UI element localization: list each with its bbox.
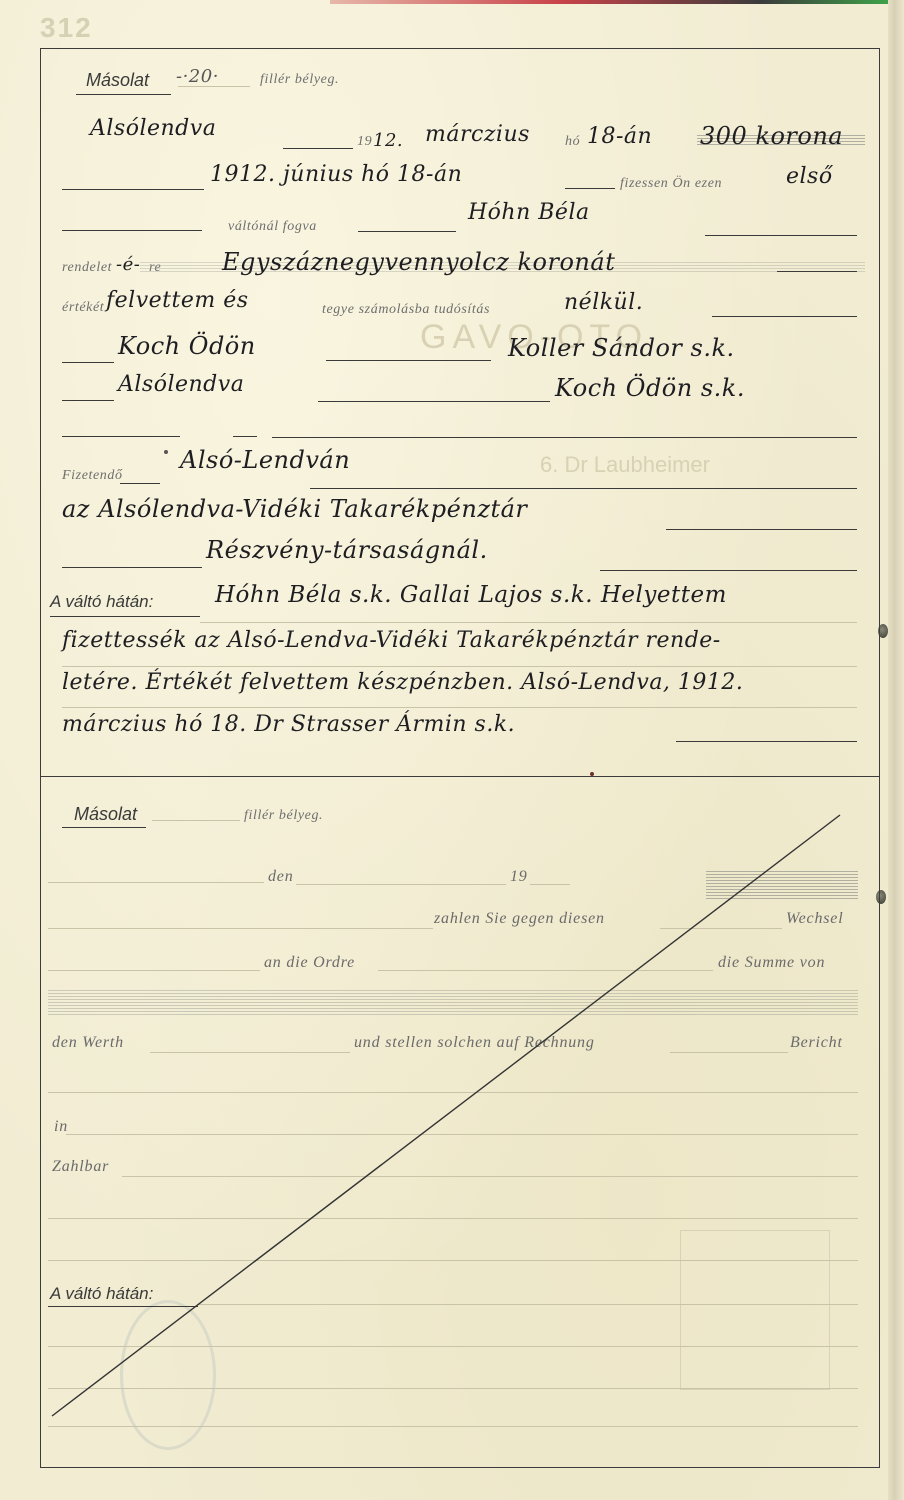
fill-line (600, 570, 857, 571)
ruled-line (378, 970, 713, 971)
fill-line (120, 483, 160, 484)
masolat-label: Másolat (86, 70, 149, 91)
masolat-label-2: Másolat (74, 804, 137, 825)
endorsement-line-3: letére. Értékét felvettem készpénzben. A… (62, 670, 743, 695)
fill-line (272, 437, 857, 438)
signature-koch: Koch Ödön s.k. (555, 374, 745, 402)
fizessen-label: fizessen Ön ezen (620, 176, 722, 192)
stamp-value-line-2 (152, 820, 240, 821)
fill-line (62, 230, 202, 231)
zahlbar-label: Zahlbar (52, 1158, 109, 1176)
fill-line (283, 148, 353, 149)
ruled-line (48, 1260, 858, 1261)
signature-koller: Koller Sándor s.k. (508, 334, 735, 362)
wechsel-label: Wechsel (786, 910, 843, 928)
ruled-line (670, 1052, 788, 1053)
ordre-label: an die Ordre (264, 954, 355, 972)
ruled-line (48, 1388, 858, 1389)
tudositas-field: nélkül. (564, 290, 643, 315)
zahlen-label: zahlen Sie gegen diesen (434, 910, 605, 928)
amount-staff-2 (706, 871, 858, 901)
ruled-line (48, 970, 260, 971)
ruled-line (200, 622, 857, 623)
ruled-line (530, 884, 570, 885)
day-field: 18-án (587, 124, 652, 149)
binding-edge-strip (330, 0, 904, 4)
drawer-name-field: Koch Ödön (118, 332, 256, 360)
ruled-line (48, 1092, 858, 1093)
ink-dot (590, 772, 594, 776)
ruled-line (150, 1052, 350, 1053)
ruled-line (48, 928, 433, 929)
hatan-underline (50, 616, 200, 617)
words-staff-2 (48, 990, 858, 1016)
year-label: 19 (510, 868, 528, 886)
year-field: 12. (373, 130, 403, 151)
fill-line (318, 401, 550, 402)
fill-line (62, 436, 180, 437)
masolat-underline-2 (62, 827, 146, 828)
fill-line (62, 362, 114, 363)
endorsement-line-1: Hóhn Béla s.k. Gallai Lajos s.k. Helyett… (215, 582, 727, 608)
hatan-label: A váltó hátán: (50, 592, 153, 612)
endorsement-line-4: márczius hó 18. Dr Strasser Ármin s.k. (62, 712, 515, 737)
fill-line (676, 741, 857, 742)
payee-field: Hóhn Béla (468, 200, 590, 225)
section-divider (40, 776, 880, 777)
fill-line (358, 231, 456, 232)
ruled-line (62, 666, 857, 667)
drawer-place-field: Alsólendva (118, 372, 244, 397)
masolat-underline (76, 94, 171, 95)
ruled-line (122, 1176, 858, 1177)
ink-dot (164, 450, 168, 454)
erteket-label: értékét (62, 300, 104, 316)
fill-line (705, 235, 857, 236)
fill-line (62, 400, 114, 401)
tegye-label: tegye számolásba tudósítás (322, 302, 490, 318)
year-prefix: 19 (357, 134, 372, 150)
ruled-line (198, 1304, 858, 1305)
fizetendo-label: Fizetendő (62, 468, 123, 484)
valtonal-label: váltónál fogva (228, 219, 317, 235)
ledger-spine (888, 0, 904, 1500)
ruled-line (62, 707, 857, 708)
amount-field: 300 korona (700, 122, 843, 150)
stamp-value: -·20· (176, 66, 219, 87)
fill-line (310, 488, 857, 489)
stellen-label: und stellen solchen auf Rechnung (354, 1034, 595, 1052)
fill-line (666, 529, 857, 530)
erteket-field: felvettem és (106, 288, 249, 313)
page-number: 312 (40, 12, 93, 44)
amount-words-field: Egyszáznegyvennyolcz koronát (222, 248, 615, 276)
ruled-line (296, 884, 506, 885)
ruled-line (48, 882, 264, 883)
fill-line (565, 188, 615, 189)
rendelet-suffix: -é- (116, 254, 140, 275)
place-field: Alsólendva (90, 116, 216, 141)
due-date-field: 1912. június hó 18-án (210, 162, 462, 187)
werth-label: den Werth (52, 1034, 124, 1052)
fizetendo-company-field: Részvény-társaságnál. (206, 536, 488, 564)
fizetendo-bank-field: az Alsólendva-Vidéki Takarékpénztár (62, 495, 527, 523)
fill-line (777, 271, 857, 272)
fill-line (712, 316, 857, 317)
bericht-label: Bericht (790, 1034, 843, 1052)
summe-label: die Summe von (718, 954, 825, 972)
rendelet-label: rendelet (62, 260, 112, 276)
hatan-underline-2 (48, 1306, 198, 1307)
ruled-line (48, 1218, 858, 1219)
ruled-line (660, 928, 782, 929)
endorsement-line-2: fizettessék az Alsó-Lendva-Vidéki Takaré… (62, 628, 721, 653)
stamp-label: fillér bélyeg. (260, 72, 339, 88)
fill-line (233, 436, 257, 437)
stamp-label-2: fillér bélyeg. (244, 808, 323, 824)
ho-label: hó (565, 134, 580, 150)
den-label: den (268, 868, 294, 886)
hatan-label-2: A váltó hátán: (50, 1284, 153, 1304)
month-field: márczius (425, 122, 530, 147)
ordinal-field: első (786, 164, 833, 189)
fill-line (62, 567, 202, 568)
fizetendo-place-field: Alsó-Lendván (180, 446, 350, 474)
fill-line (326, 360, 491, 361)
fill-line (62, 189, 204, 190)
ruled-line (48, 1426, 858, 1427)
ruled-line (48, 1346, 858, 1347)
ruled-line (66, 1134, 858, 1135)
